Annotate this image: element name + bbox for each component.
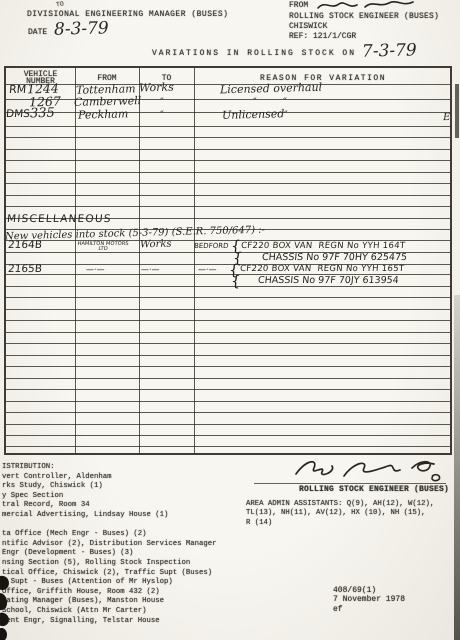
table-row-rule <box>6 389 450 390</box>
table-row-rule <box>6 160 450 161</box>
distribution-line: rks Study, Chiswick (1) <box>2 482 217 492</box>
vehicle1-number: 2164B <box>7 239 42 251</box>
area-admin-note: AREA ADMIN ASSISTANTS: Q(9), AH(12), W(1… <box>246 500 434 528</box>
distribution-line: ment Engr, Signalling, Telstar House <box>2 617 217 627</box>
table-row-rule <box>6 99 450 100</box>
table-row-rule <box>6 297 450 298</box>
table-row-rule <box>6 401 450 402</box>
column-rule-3 <box>194 68 195 453</box>
table-row-rule <box>6 206 450 207</box>
column-rule-1 <box>75 68 76 453</box>
table-row-rule <box>6 286 450 287</box>
row3-from: Peckham <box>78 107 129 121</box>
table-row-rule <box>6 378 450 379</box>
vehicle1-to: Works <box>140 239 172 251</box>
distribution-line: tral Record, Room 34 <box>2 501 217 511</box>
row3-to-ditto: ″ <box>160 110 164 121</box>
table-row-rule <box>6 332 450 333</box>
signature-scribble-icon <box>292 452 450 484</box>
row3-reason-ditto: ″ <box>284 110 288 121</box>
distribution-line: ta Office (Mech Engr - Buses) (2) <box>2 530 217 540</box>
sender-line: ROLLING STOCK ENGINEER (BUSES) <box>289 12 439 22</box>
table-row-rule <box>6 183 450 184</box>
row3-class: DMS <box>5 108 30 120</box>
vehicle1-chassis: CHASSIS No 97F 70HY 625475 <box>262 252 408 263</box>
table-row-rule <box>6 320 450 321</box>
distribution-line: ntific Advisor (2), Distribution Service… <box>2 540 217 550</box>
table-row-rule <box>6 126 450 127</box>
row1-to: Works <box>139 81 174 95</box>
scan-edge-artifact <box>455 84 459 138</box>
from-label: FROM <box>289 1 308 11</box>
table-row-rule <box>6 424 450 425</box>
area-admin-line: AREA ADMIN ASSISTANTS: Q(9), AH(12), W(1… <box>246 500 434 509</box>
column-rule-2 <box>139 68 140 453</box>
table-row-rule <box>6 366 450 367</box>
table-row-rule <box>6 343 450 344</box>
recipient-line: DIVISIONAL ENGINEERING MANAGER (BUSES) <box>27 10 228 20</box>
misc-heading: MISCELLANEOUS <box>6 213 112 225</box>
form-date: 7 November 1978 <box>333 595 405 605</box>
row3-reason: Unlicensed <box>222 107 285 122</box>
vehicle1-description: CF220 BOX VAN REGN No YYH 164T <box>241 241 406 251</box>
distribution-line: School, Chiswick (Attn Mr Carter) <box>2 607 217 617</box>
ditto-mark: —·— <box>198 265 217 274</box>
binding-mark <box>0 628 7 640</box>
brace-mark: { <box>230 272 241 290</box>
distribution-line: rating Manager (Buses), Manston House <box>2 597 217 607</box>
table-row-rule <box>6 435 450 436</box>
ditto-mark: —·— <box>141 265 160 274</box>
row2-to-ditto: ″ <box>160 97 164 108</box>
vehicle2-description: CF220 BOX VAN REGN No YYH 165T <box>240 264 405 274</box>
row1-class: RM <box>8 83 26 96</box>
distribution-line: tical Office, Chiswick (2), Traffic Supt… <box>2 569 217 579</box>
stamp-title: ROLLING STOCK ENGINEER (BUSES) <box>299 485 449 495</box>
distribution-line <box>2 521 217 531</box>
row3-number: 335 <box>30 106 55 122</box>
row2-reason-ditto: ″ <box>253 97 257 108</box>
area-admin-line: TL(13), NH(11), AV(12), HX (10), NH (15)… <box>246 509 434 518</box>
memo-title: VARIATIONS IN ROLLING STOCK ON <box>152 49 356 59</box>
distribution-line: mercial Advertising, Lindsay House (1) <box>2 511 217 521</box>
scanned-memo-page: TO DIVISIONAL ENGINEERING MANAGER (BUSES… <box>0 0 460 640</box>
date-value-handwritten: 8-3-79 <box>54 18 109 39</box>
date-label: DATE <box>28 28 47 38</box>
row3-margin-note: E <box>443 112 451 123</box>
distribution-line: Office, Griffith House, Room 432 (2) <box>2 588 217 598</box>
distribution-line: y Spec Section <box>2 492 217 502</box>
table-row-rule <box>6 412 450 413</box>
ditto-mark: —·— <box>86 265 105 274</box>
distribution-line: vert Controller, Aldenham <box>2 473 217 483</box>
scan-edge-artifact <box>454 295 460 640</box>
ref-line: REF: 121/1/CGR <box>289 32 356 42</box>
vehicle1-supplier: LTD <box>75 246 132 252</box>
table-row-rule <box>6 309 450 310</box>
distribution-list: ISTRIBUTION:vert Controller, Aldenhamrks… <box>2 463 217 626</box>
table-row-rule <box>6 195 450 196</box>
table-row-rule <box>6 137 450 138</box>
distribution-line: nsing Section (5), Rolling Stock Inspect… <box>2 559 217 569</box>
area-admin-line: R (14) <box>246 519 434 528</box>
signature-rule <box>254 483 446 484</box>
vehicle2-number: 2165B <box>7 263 42 275</box>
sender-location: CHISWICK <box>289 22 327 32</box>
table-row-rule <box>6 355 450 356</box>
table-row-rule <box>6 149 450 150</box>
distribution-line: s Supt - Buses (Attention of Mr Hyslop) <box>2 578 217 588</box>
vehicle1-make: BEDFORD <box>194 242 229 250</box>
distribution-line: Engr (Development - Buses) (3) <box>2 549 217 559</box>
typist-initials: ef <box>333 605 343 615</box>
row1-reason: Licensed overhaul <box>220 81 322 97</box>
distribution-line: ISTRIBUTION: <box>2 463 217 473</box>
vehicle2-chassis: CHASSIS No 97F 70JY 613954 <box>258 275 400 286</box>
title-date-handwritten: 7-3-79 <box>362 40 417 61</box>
row2-from: Camberwell <box>74 94 142 109</box>
table-row-rule <box>6 172 450 173</box>
table-row-rule <box>6 446 450 447</box>
to-margin-mark: TO <box>55 0 64 10</box>
